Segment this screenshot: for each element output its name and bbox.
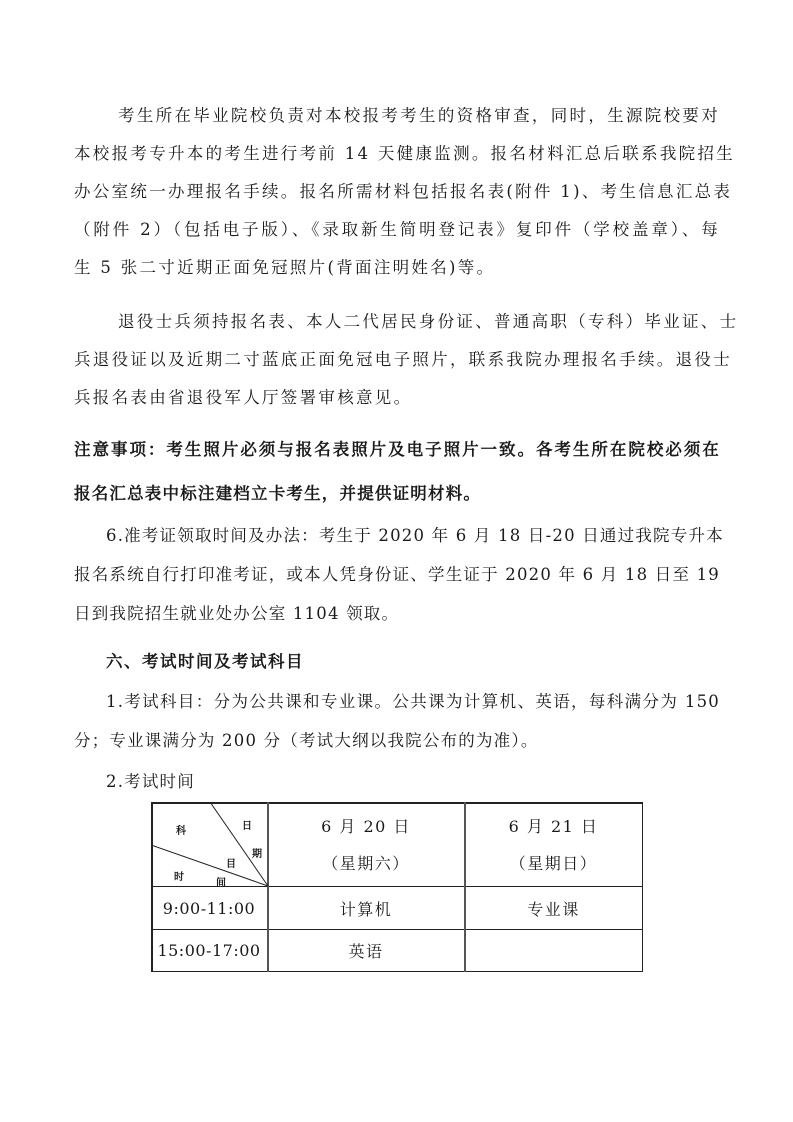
text-line: 日到我院招生就业处办公室 1104 领取。	[74, 604, 720, 624]
column-weekday: （星期日）	[510, 851, 598, 874]
text-line: 兵报名表由省退役军人厅签署审核意见。	[74, 388, 720, 408]
table-cell: 计算机	[268, 887, 464, 929]
corner-label-date: 日	[242, 817, 252, 832]
column-header: 6 月 20 日 （星期六）	[268, 802, 464, 886]
text-line: 报名系统自行打印准考证，或本人凭身份证、学生证于 2020 年 6 月 18 日…	[74, 565, 720, 585]
text-line: 退役士兵须持报名表、本人二代居民身份证、普通高职（专科）毕业证、士	[118, 312, 720, 332]
row-time: 15:00-17:00	[151, 930, 267, 971]
schedule-label: 2.考试时间	[106, 772, 752, 792]
text-line: 分；专业课满分为 200 分（考试大纲以我院公布的为准）。	[74, 731, 720, 751]
notice-line: 注意事项：考生照片必须与报名表照片及电子照片一致。各考生所在院校必须在	[74, 440, 720, 460]
table-cell: 英语	[268, 930, 464, 971]
corner-label-date: 期	[252, 845, 262, 860]
corner-label-subject: 科	[176, 822, 186, 837]
column-weekday: （星期六）	[322, 851, 410, 874]
column-date: 6 月 21 日	[509, 814, 599, 837]
corner-label-subject: 目	[226, 855, 236, 870]
table-cell: 专业课	[465, 887, 642, 929]
text-line: 考生所在毕业院校负责对本校报考考生的资格审查，同时，生源院校要对	[118, 106, 720, 126]
schedule-table: 科 日 期 目 时 间 6 月 20 日 （星期六） 6 月 21 日 （星期日…	[151, 802, 643, 972]
text-line: 本校报考专升本的考生进行考前 14 天健康监测。报名材料汇总后联系我院招生	[74, 144, 720, 164]
section-heading: 六、考试时间及考试科目	[106, 652, 752, 672]
document-page: 考生所在毕业院校负责对本校报考考生的资格审查，同时，生源院校要对 本校报考专升本…	[0, 0, 793, 1122]
text-line: 兵退役证以及近期二寸蓝底正面免冠电子照片，联系我院办理报名手续。退役士	[74, 350, 720, 370]
table-cell	[465, 930, 642, 971]
corner-label-time: 时	[174, 868, 184, 883]
text-line: （附件 2）（包括电子版）、《录取新生简明登记表》复印件（学校盖章）、每	[74, 220, 720, 240]
column-date: 6 月 20 日	[321, 814, 411, 837]
text-line: 生 5 张二寸近期正面免冠照片(背面注明姓名)等。	[74, 258, 720, 278]
column-header: 6 月 21 日 （星期日）	[465, 802, 642, 886]
text-line: 6.准考证领取时间及办法：考生于 2020 年 6 月 18 日-20 日通过我…	[106, 526, 720, 546]
notice-line: 报名汇总表中标注建档立卡考生，并提供证明材料。	[74, 484, 720, 504]
text-line: 办公室统一办理报名手续。报名所需材料包括报名表(附件 1)、考生信息汇总表	[74, 182, 720, 202]
text-line: 1.考试科目：分为公共课和专业课。公共课为计算机、英语，每科满分为 150	[106, 692, 720, 712]
row-time: 9:00-11:00	[151, 887, 267, 929]
